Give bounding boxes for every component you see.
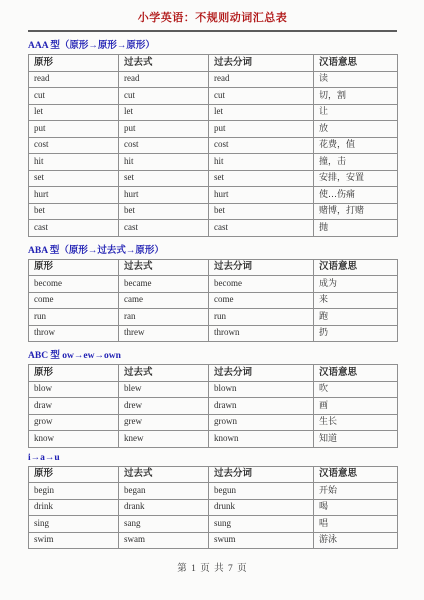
section-heading: i→a→u: [28, 453, 397, 463]
table-row: throwthrewthrown扔: [29, 325, 398, 342]
cell-past-tense: cut: [119, 88, 209, 105]
cell-base-form: let: [29, 104, 119, 121]
cell-past-participle: let: [209, 104, 314, 121]
cell-past-tense: put: [119, 121, 209, 138]
section-heading: AAA 型（原形→原形→原形）: [28, 37, 397, 51]
cell-chinese-meaning: 抛: [314, 220, 398, 237]
cell-past-participle: cost: [209, 137, 314, 154]
cell-past-tense: ran: [119, 309, 209, 326]
cell-past-tense: began: [119, 483, 209, 500]
cell-past-participle: drawn: [209, 398, 314, 415]
column-header: 汉语意思: [314, 55, 398, 72]
cell-base-form: begin: [29, 483, 119, 500]
column-header: 过去分词: [209, 466, 314, 483]
cell-past-participle: thrown: [209, 325, 314, 342]
column-header: 汉语意思: [314, 365, 398, 382]
cell-past-participle: put: [209, 121, 314, 138]
cell-past-participle: come: [209, 292, 314, 309]
header-row: 原形过去式过去分词汉语意思: [29, 365, 398, 382]
cell-past-tense: blew: [119, 381, 209, 398]
column-header: 原形: [29, 259, 119, 276]
section-heading: ABA 型（原形→过去式→原形）: [28, 242, 397, 256]
cell-past-participle: hit: [209, 154, 314, 171]
column-header: 过去分词: [209, 55, 314, 72]
cell-base-form: cut: [29, 88, 119, 105]
document-page: 小学英语：不规则动词汇总表 AAA 型（原形→原形→原形） 原形过去式过去分词汉…: [0, 0, 424, 600]
table-row: runranrun跑: [29, 309, 398, 326]
cell-past-participle: swum: [209, 532, 314, 549]
column-header: 原形: [29, 365, 119, 382]
table-row: betbetbet赌博，打赌: [29, 203, 398, 220]
cell-chinese-meaning: 画: [314, 398, 398, 415]
cell-past-tense: drank: [119, 499, 209, 516]
cell-past-participle: read: [209, 71, 314, 88]
cell-past-participle: become: [209, 276, 314, 293]
table-row: cutcutcut切，割: [29, 88, 398, 105]
column-header: 过去式: [119, 365, 209, 382]
cell-past-tense: drew: [119, 398, 209, 415]
sections-container: AAA 型（原形→原形→原形） 原形过去式过去分词汉语意思 readreadre…: [28, 37, 397, 549]
cell-past-participle: bet: [209, 203, 314, 220]
cell-base-form: know: [29, 431, 119, 448]
column-header: 过去分词: [209, 259, 314, 276]
verb-table: 原形过去式过去分词汉语意思 becomebecamebecome成为comeca…: [28, 259, 398, 343]
cell-past-participle: run: [209, 309, 314, 326]
cell-past-participle: cut: [209, 88, 314, 105]
cell-chinese-meaning: 来: [314, 292, 398, 309]
cell-base-form: blow: [29, 381, 119, 398]
cell-base-form: throw: [29, 325, 119, 342]
table-row: drawdrewdrawn画: [29, 398, 398, 415]
cell-base-form: hurt: [29, 187, 119, 204]
verb-table: 原形过去式过去分词汉语意思 beginbeganbegun开始drinkdran…: [28, 466, 398, 550]
title-divider: [28, 30, 397, 32]
cell-past-participle: blown: [209, 381, 314, 398]
verb-section: i→a→u 原形过去式过去分词汉语意思 beginbeganbegun开始dri…: [28, 453, 397, 550]
cell-chinese-meaning: 吹: [314, 381, 398, 398]
cell-chinese-meaning: 读: [314, 71, 398, 88]
cell-past-participle: sung: [209, 516, 314, 533]
table-row: putputput放: [29, 121, 398, 138]
cell-base-form: sing: [29, 516, 119, 533]
cell-past-tense: swam: [119, 532, 209, 549]
cell-base-form: come: [29, 292, 119, 309]
header-row: 原形过去式过去分词汉语意思: [29, 259, 398, 276]
cell-chinese-meaning: 切，割: [314, 88, 398, 105]
verb-section: ABC 型 ow→ew→own 原形过去式过去分词汉语意思 blowblewbl…: [28, 347, 397, 448]
cell-base-form: hit: [29, 154, 119, 171]
cell-chinese-meaning: 花费，值: [314, 137, 398, 154]
column-header: 过去式: [119, 55, 209, 72]
cell-past-tense: hurt: [119, 187, 209, 204]
cell-past-tense: set: [119, 170, 209, 187]
cell-base-form: swim: [29, 532, 119, 549]
cell-past-participle: known: [209, 431, 314, 448]
cell-past-tense: became: [119, 276, 209, 293]
column-header: 原形: [29, 466, 119, 483]
cell-past-tense: knew: [119, 431, 209, 448]
cell-chinese-meaning: 赌博，打赌: [314, 203, 398, 220]
table-row: singsangsung唱: [29, 516, 398, 533]
cell-chinese-meaning: 唱: [314, 516, 398, 533]
section-heading: ABC 型 ow→ew→own: [28, 347, 397, 361]
cell-chinese-meaning: 扔: [314, 325, 398, 342]
table-row: becomebecamebecome成为: [29, 276, 398, 293]
cell-past-participle: begun: [209, 483, 314, 500]
column-header: 汉语意思: [314, 259, 398, 276]
cell-past-tense: threw: [119, 325, 209, 342]
cell-past-tense: came: [119, 292, 209, 309]
cell-past-participle: hurt: [209, 187, 314, 204]
cell-chinese-meaning: 安排，安置: [314, 170, 398, 187]
table-row: costcostcost花费，值: [29, 137, 398, 154]
table-row: knowknewknown知道: [29, 431, 398, 448]
cell-past-tense: cast: [119, 220, 209, 237]
table-row: growgrewgrown生长: [29, 414, 398, 431]
cell-past-tense: hit: [119, 154, 209, 171]
table-row: castcastcast抛: [29, 220, 398, 237]
cell-past-participle: cast: [209, 220, 314, 237]
cell-past-tense: read: [119, 71, 209, 88]
page-footer: 第 1 页 共 7 页: [28, 560, 397, 574]
header-row: 原形过去式过去分词汉语意思: [29, 466, 398, 483]
cell-past-participle: set: [209, 170, 314, 187]
cell-base-form: drink: [29, 499, 119, 516]
cell-base-form: grow: [29, 414, 119, 431]
cell-past-tense: cost: [119, 137, 209, 154]
verb-section: ABA 型（原形→过去式→原形） 原形过去式过去分词汉语意思 becomebec…: [28, 242, 397, 343]
cell-chinese-meaning: 成为: [314, 276, 398, 293]
cell-chinese-meaning: 生长: [314, 414, 398, 431]
cell-chinese-meaning: 游泳: [314, 532, 398, 549]
cell-chinese-meaning: 放: [314, 121, 398, 138]
cell-past-tense: grew: [119, 414, 209, 431]
page-title: 小学英语：不规则动词汇总表: [28, 9, 397, 25]
cell-base-form: bet: [29, 203, 119, 220]
table-row: readreadread读: [29, 71, 398, 88]
cell-base-form: set: [29, 170, 119, 187]
table-row: drinkdrankdrunk喝: [29, 499, 398, 516]
verb-table: 原形过去式过去分词汉语意思 readreadread读cutcutcut切，割l…: [28, 54, 398, 237]
table-row: beginbeganbegun开始: [29, 483, 398, 500]
cell-past-tense: bet: [119, 203, 209, 220]
cell-chinese-meaning: 使…伤痛: [314, 187, 398, 204]
table-row: setsetset安排，安置: [29, 170, 398, 187]
column-header: 过去分词: [209, 365, 314, 382]
cell-base-form: put: [29, 121, 119, 138]
table-row: comecamecome来: [29, 292, 398, 309]
cell-base-form: cost: [29, 137, 119, 154]
cell-base-form: run: [29, 309, 119, 326]
cell-chinese-meaning: 喝: [314, 499, 398, 516]
cell-chinese-meaning: 跑: [314, 309, 398, 326]
table-row: blowblewblown吹: [29, 381, 398, 398]
table-row: hurthurthurt使…伤痛: [29, 187, 398, 204]
cell-base-form: read: [29, 71, 119, 88]
column-header: 原形: [29, 55, 119, 72]
verb-table: 原形过去式过去分词汉语意思 blowblewblown吹drawdrewdraw…: [28, 364, 398, 448]
table-row: swimswamswum游泳: [29, 532, 398, 549]
table-row: letletlet让: [29, 104, 398, 121]
cell-past-participle: drunk: [209, 499, 314, 516]
table-row: hithithit撞，击: [29, 154, 398, 171]
cell-base-form: cast: [29, 220, 119, 237]
column-header: 过去式: [119, 259, 209, 276]
column-header: 过去式: [119, 466, 209, 483]
cell-past-tense: let: [119, 104, 209, 121]
verb-section: AAA 型（原形→原形→原形） 原形过去式过去分词汉语意思 readreadre…: [28, 37, 397, 237]
cell-base-form: become: [29, 276, 119, 293]
cell-base-form: draw: [29, 398, 119, 415]
column-header: 汉语意思: [314, 466, 398, 483]
cell-past-participle: grown: [209, 414, 314, 431]
cell-past-tense: sang: [119, 516, 209, 533]
cell-chinese-meaning: 开始: [314, 483, 398, 500]
cell-chinese-meaning: 知道: [314, 431, 398, 448]
header-row: 原形过去式过去分词汉语意思: [29, 55, 398, 72]
cell-chinese-meaning: 撞，击: [314, 154, 398, 171]
cell-chinese-meaning: 让: [314, 104, 398, 121]
